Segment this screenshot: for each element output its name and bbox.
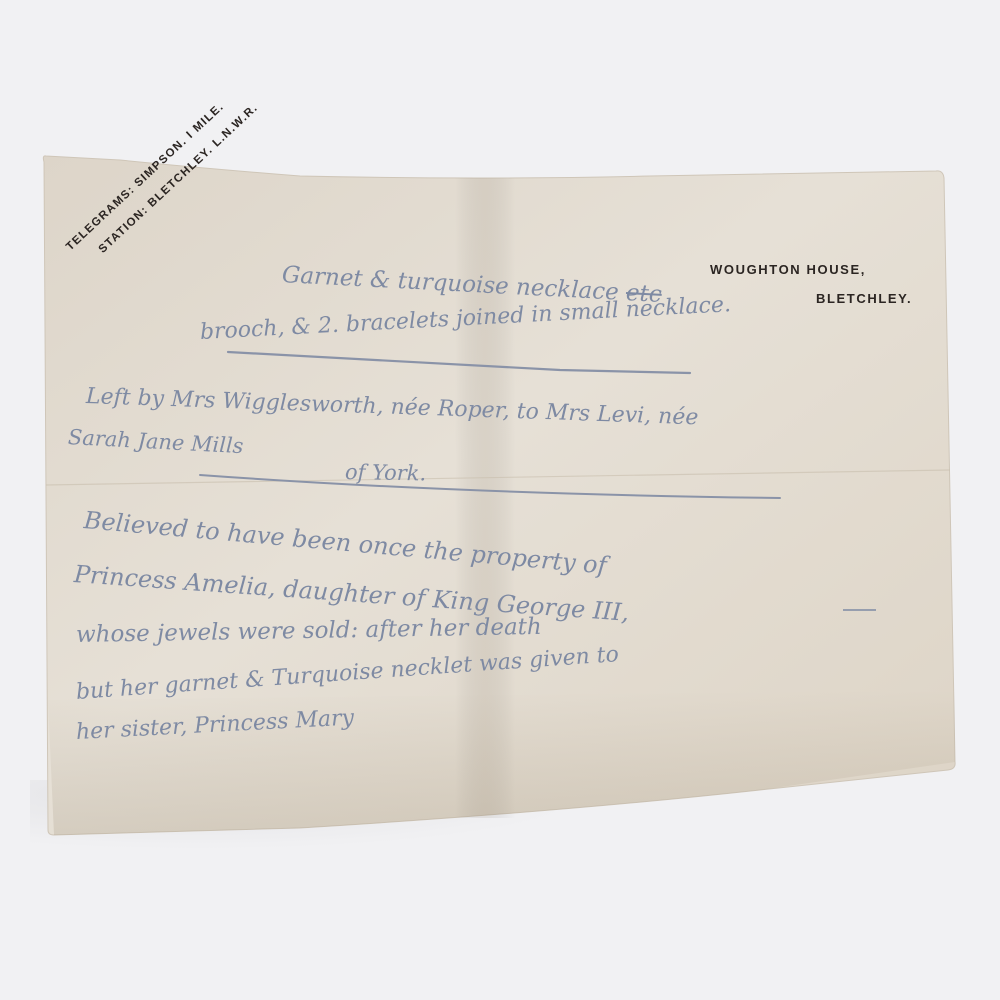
letterhead-address-town: BLETCHLEY. bbox=[816, 291, 912, 306]
letter-paper: TELEGRAMS: SIMPSON. I MILE. STATION: BLE… bbox=[0, 0, 1000, 1000]
handwriting-provenance-line3: of York. bbox=[345, 460, 427, 485]
letterhead-address-house: WOUGHTON HOUSE, bbox=[710, 262, 866, 277]
photo-background: TELEGRAMS: SIMPSON. I MILE. STATION: BLE… bbox=[0, 0, 1000, 1000]
paper-sheet bbox=[0, 0, 1000, 1000]
